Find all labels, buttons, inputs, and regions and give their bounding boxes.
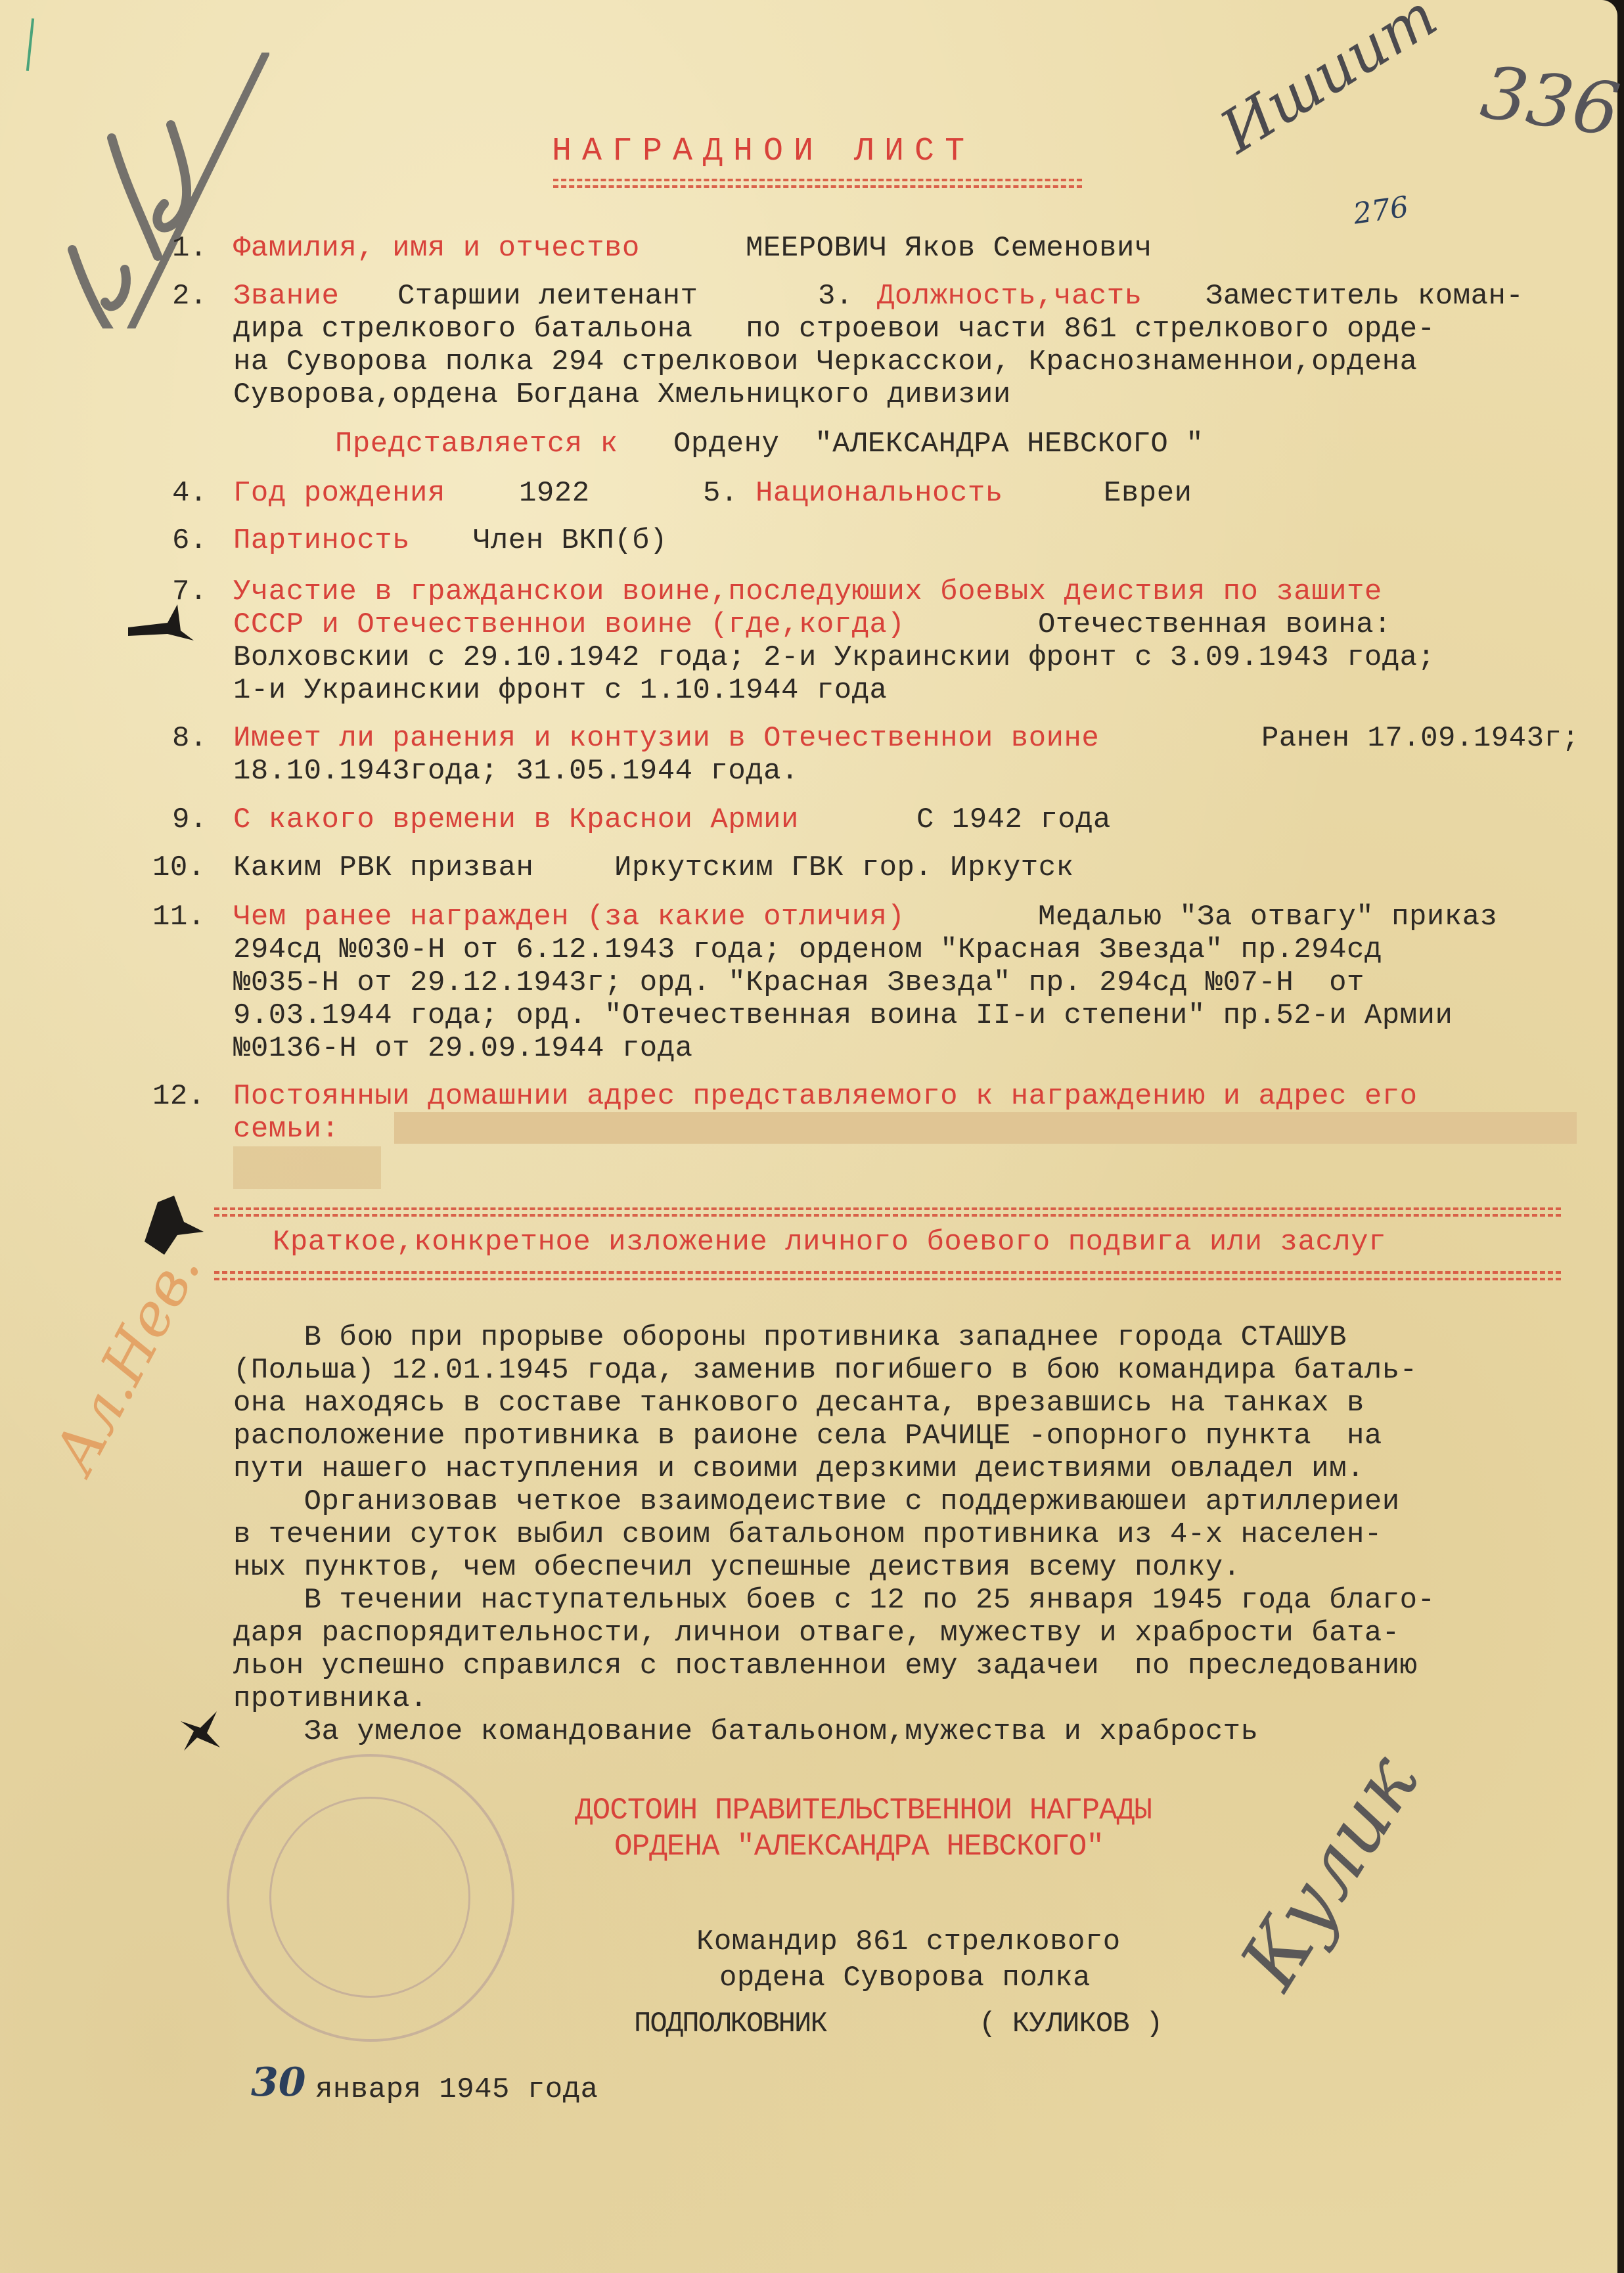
ink-blot-arrow-icon <box>128 604 200 644</box>
official-stamp-inner <box>269 1797 470 1998</box>
signatory-position-line-1: Командир 861 стрелкового <box>696 1925 1121 1959</box>
field-4-value: 1922 <box>519 476 590 510</box>
narrative-line-13: За умелое командование батальоном,мужест… <box>233 1715 1258 1749</box>
narrative-line-7: в течении суток выбил своим батальоном п… <box>233 1518 1382 1552</box>
signatory-name: ( КУЛИКОВ ) <box>979 2007 1162 2041</box>
field-12-label-line-1: Постоянныи домашнии адрес представляемог… <box>233 1079 1418 1114</box>
field-6-number: 6. <box>172 524 208 558</box>
field-5-label: Национальность <box>756 476 1003 510</box>
narrative-line-9: В течении наступательных боев с 12 по 25… <box>233 1583 1435 1617</box>
field-3-value-line-1: Заместитель коман- <box>1206 279 1523 313</box>
field-4-label: Год рождения <box>233 476 445 510</box>
field-7-label-line-1: Участие в гражданскои воине,последуюших … <box>233 575 1382 609</box>
field-12-label-line-2: семьи: <box>233 1112 339 1146</box>
field-7-value-line-3: 1-и Украинскии фронт с 1.10.1944 года <box>233 673 887 708</box>
field-3-label: Должность,часть <box>877 279 1142 313</box>
field-5-value: Евреи <box>1104 476 1192 510</box>
field-11-value-line-3: №035-Н от 29.12.1943г; орд. "Красная Зве… <box>233 966 1365 1000</box>
field-9-value: С 1942 года <box>916 803 1111 837</box>
narrative-line-2: (Польша) 12.01.1945 года, заменив погибш… <box>233 1353 1418 1387</box>
field-1-value: МЕЕРОВИЧ Яков Семенович <box>746 231 1152 265</box>
presented-label: Представляется к <box>335 427 618 461</box>
field-7-number: 7. <box>172 575 208 609</box>
field-8-value-line-2: 18.10.1943года; 31.05.1944 года. <box>233 754 799 788</box>
field-1-number: 1. <box>172 231 208 265</box>
award-sheet-page: Ишиит 336 276 НАГРАДНОИ ЛИСТ 1. Фамилия,… <box>0 0 1617 2273</box>
field-10-number: 10. <box>152 851 206 885</box>
signatory-rank: ПОДПОЛКОВНИК <box>634 2007 826 2041</box>
address-redaction-small <box>233 1146 381 1189</box>
field-2-label: Звание <box>233 279 339 313</box>
field-10-value: Иркутским ГВК гор. Иркутск <box>614 851 1074 885</box>
field-6-label: Партиность <box>233 524 410 558</box>
section-rule-top <box>214 1207 1561 1217</box>
conclusion-line-2: ОРДЕНА "АЛЕКСАНДРА НЕВСКОГО" <box>614 1830 1104 1864</box>
field-9-label: С какого времени в Краснои Армии <box>233 803 799 837</box>
field-3-value-line-2: дира стрелкового батальона по строевои ч… <box>233 312 1435 346</box>
field-7-label-line-2: СССР и Отечественнои воине (где,когда) <box>233 608 905 642</box>
document-title: НАГРАДНОИ ЛИСТ <box>552 135 975 169</box>
narrative-line-8: ных пунктов, чем обеспечил успешные деис… <box>233 1550 1241 1585</box>
field-1-label: Фамилия, имя и отчество <box>233 231 640 265</box>
date-month-year: января 1945 года <box>315 2073 598 2107</box>
narrative-line-6: Организовав четкое взаимодеиствие с подд… <box>233 1485 1400 1519</box>
orange-margin-note: Ал.Нев. <box>40 1239 214 1484</box>
address-redaction <box>394 1112 1577 1144</box>
field-11-value-line-4: 9.03.1944 года; орд. "Отечественная воин… <box>233 999 1453 1033</box>
field-8-label: Имеет ли ранения и контузии в Отечествен… <box>233 721 1099 755</box>
narrative-line-3: она находясь в составе танкового десанта… <box>233 1386 1365 1420</box>
field-5-number: 5. <box>703 476 738 510</box>
field-9-number: 9. <box>172 803 208 837</box>
title-underline <box>553 179 1082 188</box>
field-11-number: 11. <box>152 900 206 934</box>
archive-number: 336 <box>1476 50 1624 152</box>
field-10-label: Каким РВК призван <box>233 851 533 885</box>
presented-value: Ордену "АЛЕКСАНДРА НЕВСКОГО " <box>673 427 1204 461</box>
conclusion-line-1: ДОСТОИН ПРАВИТЕЛЬСТВЕННОИ НАГРАДЫ <box>575 1793 1152 1828</box>
field-11-value-line-1: Медалью "За отвагу" приказ <box>1038 900 1498 934</box>
section-heading: Краткое,конкретное изложение личного бое… <box>273 1225 1386 1259</box>
field-12-number: 12. <box>152 1079 206 1114</box>
field-8-number: 8. <box>172 721 208 755</box>
narrative-line-12: противника. <box>233 1682 428 1716</box>
field-11-value-line-5: №0136-Н от 29.09.1944 года <box>233 1031 693 1066</box>
field-6-value: Член ВКП(б) <box>473 524 667 558</box>
narrative-line-10: даря распорядительности, личнои отваге, … <box>233 1616 1400 1650</box>
field-3-value-line-3: на Суворова полка 294 стрелковои Черкасс… <box>233 345 1418 379</box>
narrative-line-1: В бою при прорыве обороны противника зап… <box>233 1320 1347 1355</box>
field-4-number: 4. <box>172 476 208 510</box>
narrative-line-11: льон успешно справился с поставленнои ем… <box>233 1649 1418 1683</box>
section-rule-bottom <box>214 1271 1561 1280</box>
date-day-handwritten: 30 <box>251 2059 306 2105</box>
field-2-number: 2. <box>172 279 208 313</box>
field-7-value-line-2: Волховскии с 29.10.1942 года; 2-и Украин… <box>233 641 1435 675</box>
field-3-number: 3. <box>818 279 853 313</box>
narrative-line-5: пути нашего наступления и своими дерзким… <box>233 1452 1365 1486</box>
field-11-value-line-2: 294сд №030-Н от 6.12.1943 года; орденом … <box>233 933 1382 967</box>
handwritten-signature-top: Ишиит <box>1209 0 1449 167</box>
field-3-value-line-4: Суворова,ордена Богдана Хмельницкого див… <box>233 378 1011 412</box>
narrative-line-4: расположение противника в раионе села РА… <box>233 1419 1382 1453</box>
field-7-value-line-1: Отечественная воина: <box>1038 608 1391 642</box>
field-11-label: Чем ранее награжден (за какие отличия) <box>233 900 905 934</box>
ink-blot-mark-icon <box>177 1708 223 1754</box>
field-2-value: Старшии леитенант <box>397 279 698 313</box>
field-8-value-line-1: Ранен 17.09.1943г; <box>1261 721 1579 755</box>
signatory-position-line-2: ордена Суворова полка <box>719 1961 1091 1995</box>
sheet-number: 276 <box>1351 190 1410 231</box>
commander-signature: Кулик <box>1223 1740 1435 2004</box>
